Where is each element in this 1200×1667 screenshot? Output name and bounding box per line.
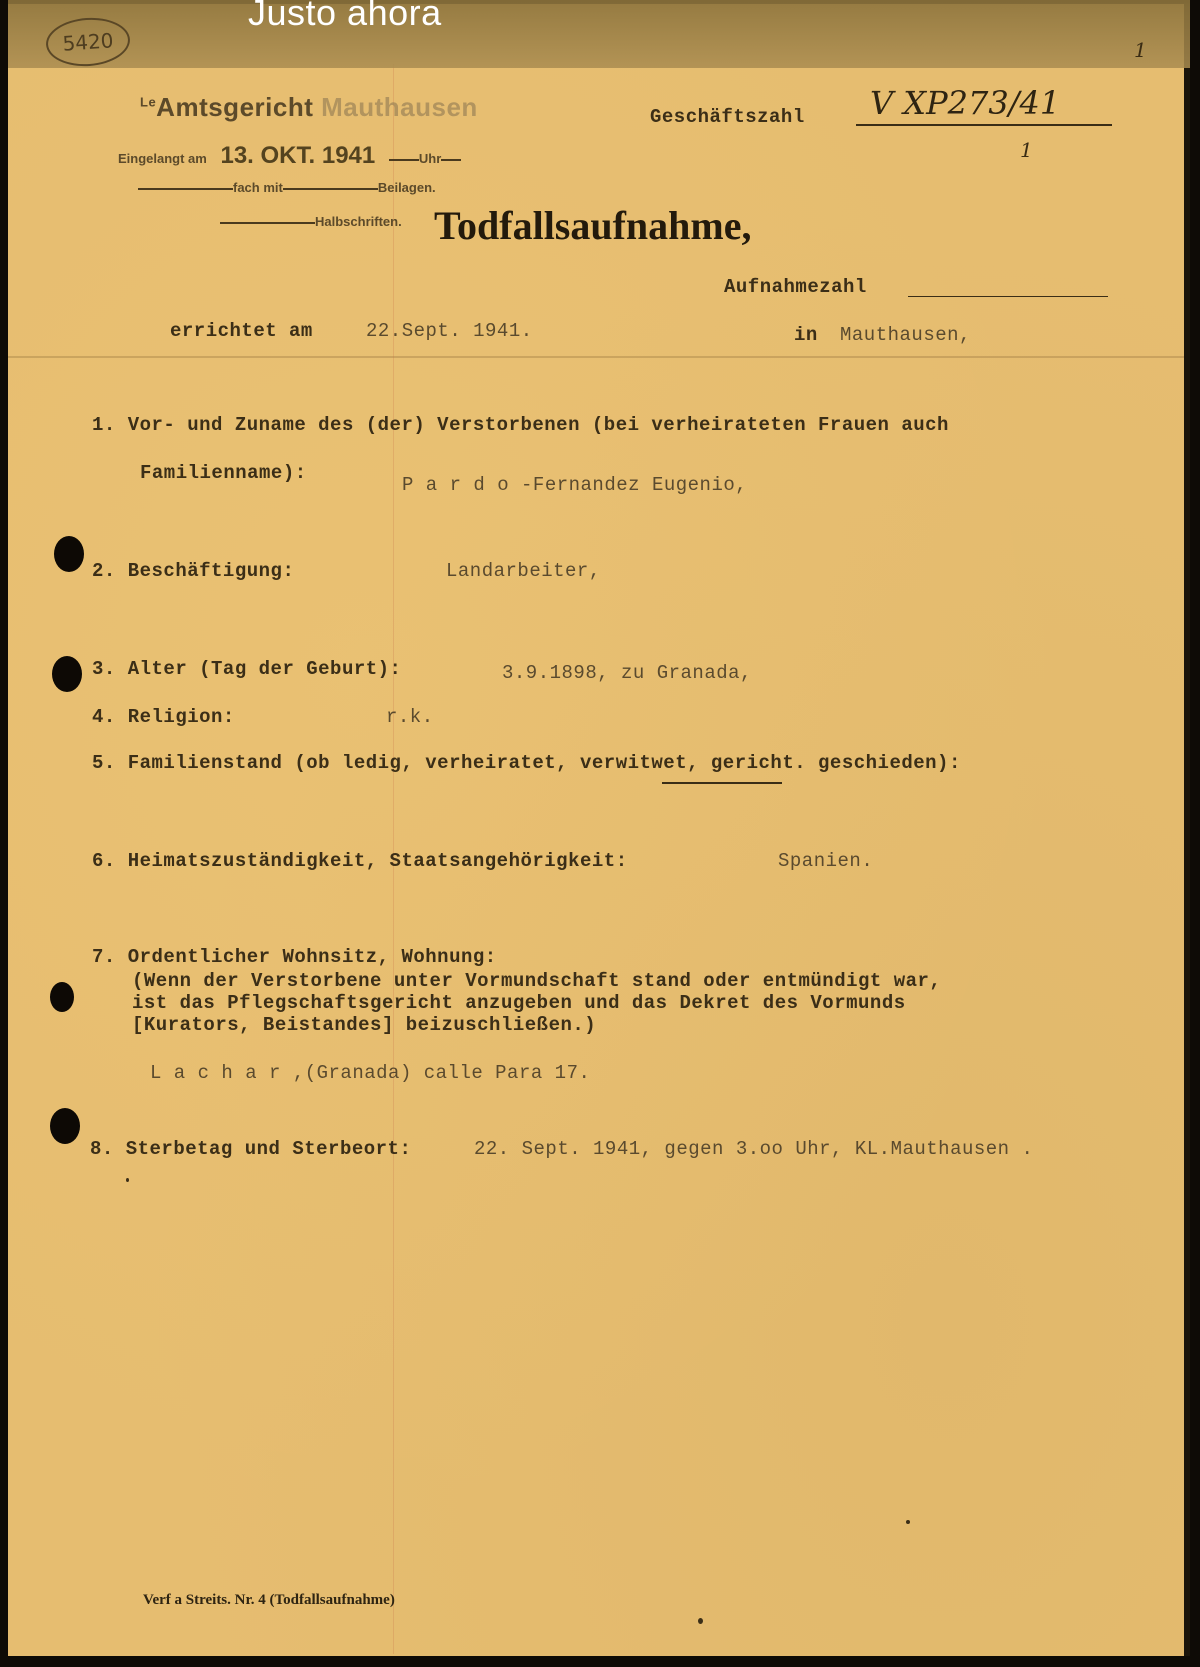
archive-number: 5420	[44, 15, 131, 69]
stamp-court-name: Amtsgericht	[156, 92, 313, 122]
field-6-label: 6. Heimatszuständigkeit, Staatsangehörig…	[92, 850, 628, 872]
stamp-copies-label: fach mit	[233, 180, 283, 195]
field-3-label: 3. Alter (Tag der Geburt):	[92, 658, 401, 680]
court-stamp: LeAmtsgericht Mauthausen	[140, 92, 478, 123]
case-number-label: Geschäftszahl	[650, 106, 805, 128]
document-page: LeAmtsgericht Mauthausen Eingelangt am 1…	[8, 4, 1190, 1656]
drawn-up-date: 22.Sept. 1941.	[366, 320, 533, 342]
field-7-note-3: [Kurators, Beistandes] beizuschließen.)	[132, 1014, 596, 1036]
punch-hole	[50, 982, 74, 1012]
field-8-label: 8. Sterbetag und Sterbeort:	[90, 1138, 411, 1160]
stamp-halfsheets-label: Halbschriften.	[315, 214, 402, 229]
record-number-label: Aufnahmezahl	[724, 276, 867, 298]
field-2-label: 2. Beschäftigung:	[92, 560, 294, 582]
marital-status-underline	[662, 782, 782, 784]
punch-hole	[52, 656, 82, 692]
stamp-received-line: Eingelangt am 13. OKT. 1941 Uhr	[118, 142, 461, 170]
stamp-court-place: Mauthausen	[321, 92, 478, 122]
paper-fold	[8, 356, 1184, 358]
paper-speck	[906, 1520, 910, 1524]
field-1-label-cont: Familienname):	[140, 462, 307, 484]
place-value: Mauthausen,	[840, 324, 971, 346]
stamp-received-label: Eingelangt am	[118, 151, 207, 166]
stamp-time-label: Uhr	[419, 151, 441, 166]
field-1-label: 1. Vor- und Zuname des (der) Verstorbene…	[92, 414, 949, 436]
field-1-value: P a r d o -Fernandez Eugenio,	[402, 474, 747, 496]
stamp-attachments-label: Beilagen.	[378, 180, 436, 195]
punch-hole	[54, 536, 84, 572]
record-number-blank	[908, 296, 1108, 297]
document-title: Todfallsaufnahme,	[434, 202, 752, 249]
case-number-underline	[856, 124, 1112, 126]
field-7-note-1: (Wenn der Verstorbene unter Vormundschaf…	[132, 970, 941, 992]
paper-speck	[698, 1618, 703, 1624]
drawn-up-label: errichtet am	[170, 320, 313, 342]
field-7-label: 7. Ordentlicher Wohnsitz, Wohnung:	[92, 946, 497, 968]
corner-mark: 1	[1134, 38, 1147, 62]
stamp-halfsheets-line: Halbschriften.	[220, 214, 402, 229]
field-7-note-2: ist das Pflegschaftsgericht anzugeben un…	[132, 992, 906, 1014]
notification-banner[interactable]: Justo ahora 5420 1	[8, 0, 1190, 68]
field-7-value: L a c h a r ,(Granada) calle Para 17.	[150, 1062, 590, 1084]
place-label: in	[794, 324, 818, 346]
notification-text: Justo ahora	[248, 0, 442, 34]
paper-speck	[126, 1178, 129, 1182]
stamp-received-date: 13. OKT. 1941	[220, 142, 375, 169]
form-reference: Verf a Streits. Nr. 4 (Todfallsaufnahme)	[143, 1592, 395, 1609]
field-6-value: Spanien.	[778, 850, 873, 872]
field-5-label: 5. Familienstand (ob ledig, verheiratet,…	[92, 752, 961, 774]
field-4-value: r.k.	[386, 706, 434, 728]
case-number-value: V XP273/41	[870, 84, 1060, 122]
field-8-value: 22. Sept. 1941, gegen 3.oo Uhr, KL.Mauth…	[474, 1138, 1033, 1160]
field-3-value: 3.9.1898, zu Granada,	[502, 662, 752, 684]
punch-hole	[50, 1108, 80, 1144]
stamp-prefix: Le	[140, 94, 156, 109]
handwritten-mark: 1	[1020, 138, 1033, 162]
stamp-copies-line: fach mitBeilagen.	[138, 180, 436, 195]
field-2-value: Landarbeiter,	[446, 560, 601, 582]
field-4-label: 4. Religion:	[92, 706, 235, 728]
